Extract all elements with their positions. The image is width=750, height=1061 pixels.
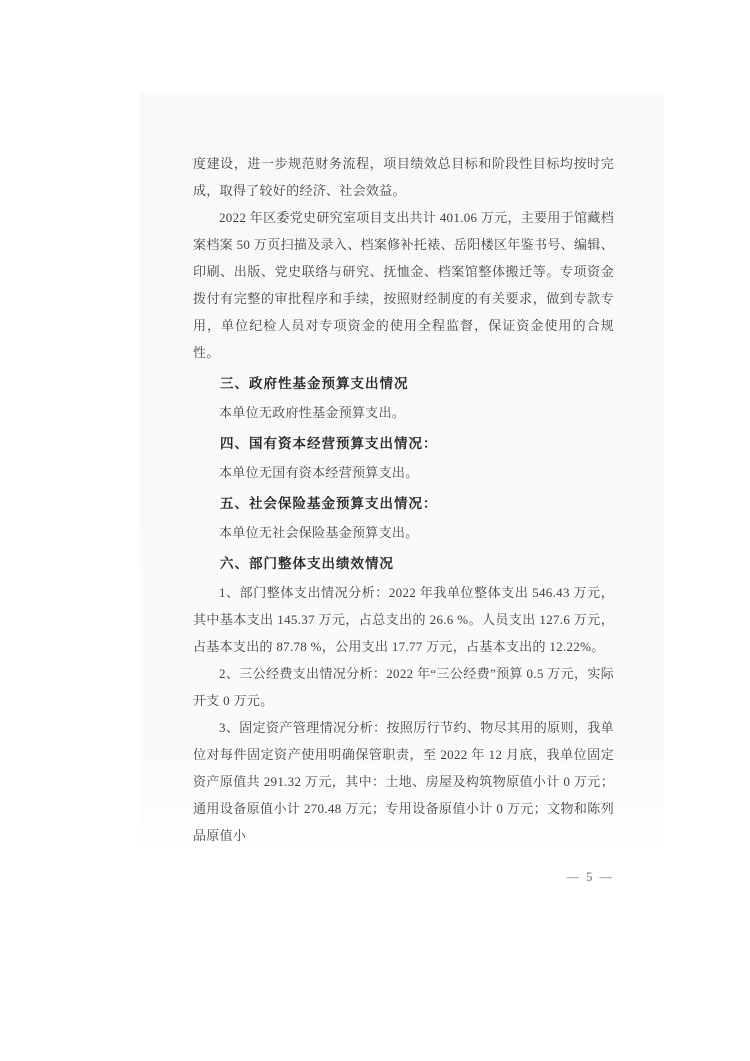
analysis-item-fixed-assets: 3、固定资产管理情况分析：按照厉行节约、物尽其用的原则，我单位对每件固定资产使用…	[193, 714, 614, 849]
analysis-item-three-public-expenses: 2、三公经费支出情况分析：2022 年“三公经费”预算 0.5 万元，实际开支 …	[193, 660, 614, 714]
heading-section-4-state-capital: 四、国有资本经营预算支出情况：	[193, 430, 614, 457]
heading-section-6-performance: 六、部门整体支出绩效情况	[193, 550, 614, 577]
body-section-3: 本单位无政府性基金预算支出。	[193, 399, 614, 426]
viewer-background: 度建设，进一步规范财务流程，项目绩效总目标和阶段性目标均按时完成，取得了较好的经…	[0, 0, 750, 1061]
heading-section-5-social-insurance: 五、社会保险基金预算支出情况：	[193, 490, 614, 517]
paragraph-project-spending: 2022 年区委党史研究室项目支出共计 401.06 万元，主要用于馆藏档案档案…	[193, 204, 614, 366]
document-page: 度建设，进一步规范财务流程，项目绩效总目标和阶段性目标均按时完成，取得了较好的经…	[140, 93, 664, 855]
analysis-item-overall-spending: 1、部门整体支出情况分析：2022 年我单位整体支出 546.43 万元，其中基…	[193, 579, 614, 660]
body-section-4: 本单位无国有资本经营预算支出。	[193, 459, 614, 486]
heading-section-3-government-fund: 三、政府性基金预算支出情况	[193, 370, 614, 397]
page-number: — 5 —	[193, 867, 614, 887]
body-section-5: 本单位无社会保险基金预算支出。	[193, 519, 614, 546]
paragraph-carryover: 度建设，进一步规范财务流程，项目绩效总目标和阶段性目标均按时完成，取得了较好的经…	[193, 150, 614, 204]
